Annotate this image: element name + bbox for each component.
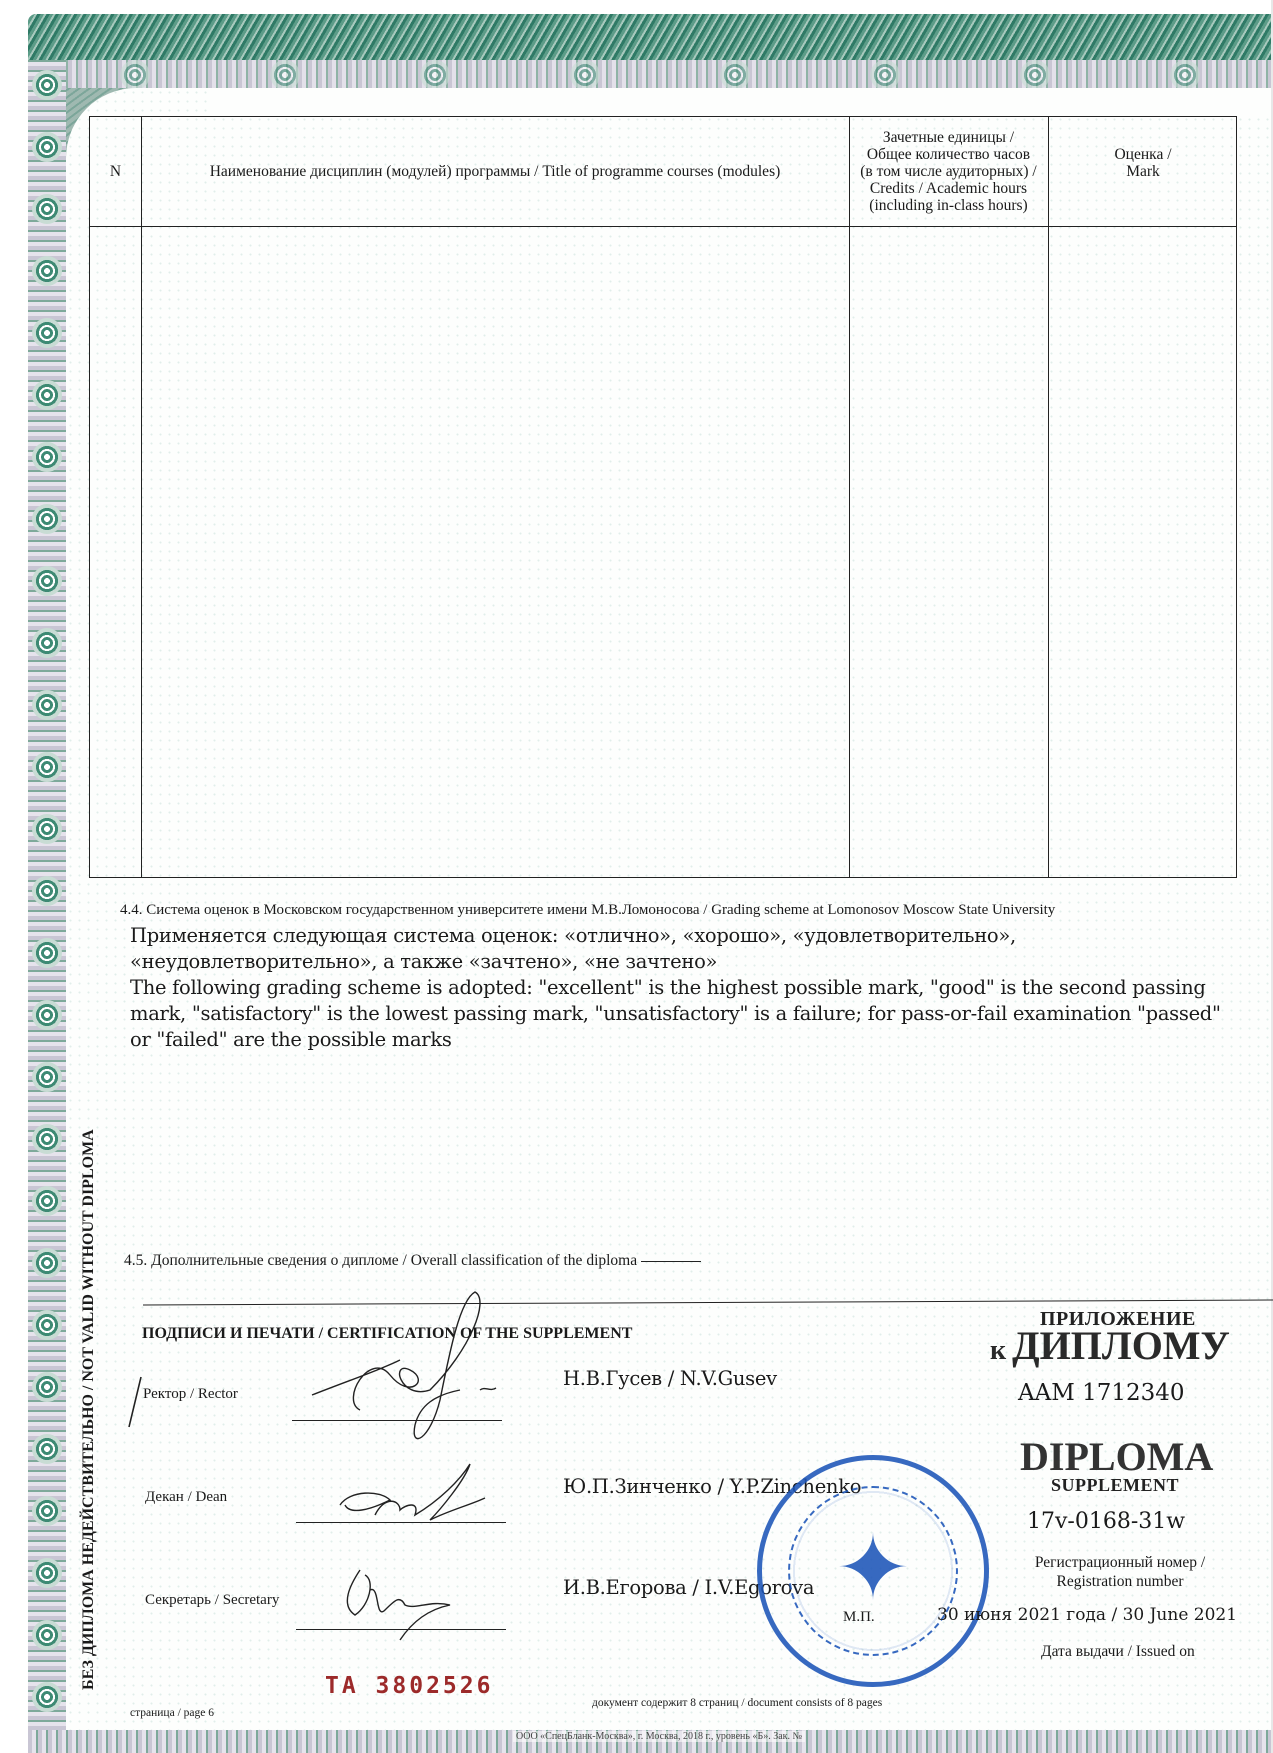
slash-mark: [125, 1375, 145, 1430]
overall-classification: 4.5. Дополнительные сведения о дипломе /…: [124, 1252, 701, 1270]
rosette-ornament: [32, 256, 62, 286]
rosette-ornament: [32, 1372, 62, 1402]
page-number: страница / page 6: [130, 1707, 214, 1719]
rosette-ornament: [32, 1062, 62, 1092]
rosette-ornament: [32, 380, 62, 410]
rosette-ornament: [1170, 60, 1200, 90]
rosette-ornament: [570, 60, 600, 90]
empty-value-dash: [641, 1261, 701, 1262]
rosette-ornament: [32, 1124, 62, 1154]
rosette-ornament: [720, 60, 750, 90]
rosette-ornament: [32, 194, 62, 224]
rosette-ornament: [32, 504, 62, 534]
printer-imprint: ООО «СпецБланк-Москва», г. Москва, 2018 …: [513, 1731, 805, 1742]
rosette-ornament: [420, 60, 450, 90]
rosette-ornament: [32, 132, 62, 162]
dean-signature: [330, 1460, 490, 1530]
registration-label: Регистрационный номер / Registration num…: [1030, 1553, 1210, 1591]
rosette-ornament: [32, 318, 62, 348]
rector-signature: [300, 1290, 500, 1450]
rosette-ornament: [32, 566, 62, 596]
not-valid-label: БЕЗ ДИПЛОМА НЕДЕЙСТВИТЕЛЬНО / NOT VALID …: [80, 1129, 98, 1690]
header-credits: Зачетные единицы / Общее количество часо…: [849, 117, 1048, 226]
rosette-ornament: [32, 1434, 62, 1464]
secretary-label: Секретарь / Secretary: [145, 1592, 279, 1609]
rosette-ornament: [32, 70, 62, 100]
registration-number: 17v-0168-31w: [1027, 1509, 1185, 1534]
supplement-title-ru-line2: кДИПЛОМУ: [990, 1322, 1230, 1369]
grading-scheme-text: Применяется следующая система оценок: «о…: [130, 923, 1230, 1053]
issue-date-label: Дата выдачи / Issued on: [1041, 1643, 1195, 1661]
overall-classification-label: 4.5. Дополнительные сведения о дипломе /…: [124, 1252, 637, 1269]
university-seal: ✦: [757, 1455, 989, 1687]
seal-place-label: М.П.: [843, 1609, 875, 1626]
rosette-ornament: [32, 628, 62, 658]
grading-scheme-heading: 4.4. Система оценок в Московском государ…: [120, 902, 1055, 919]
rosette-ornament: [32, 1186, 62, 1216]
rosette-ornament: [32, 1682, 62, 1712]
issue-date: 30 июня 2021 года / 30 June 2021: [937, 1605, 1237, 1625]
rector-label: Ректор / Rector: [143, 1386, 238, 1403]
security-border-top: [28, 14, 1273, 60]
rosette-ornament: [32, 442, 62, 472]
rosette-ornament: [32, 752, 62, 782]
rosette-ornament: [32, 1248, 62, 1278]
diploma-number: AAM 1712340: [1018, 1380, 1185, 1406]
header-mark: Оценка / Mark: [1048, 117, 1238, 226]
header-n: N: [90, 117, 141, 226]
supplement-subtitle-en: SUPPLEMENT: [1051, 1475, 1179, 1496]
rosette-ornament: [120, 60, 150, 90]
rosette-ornament: [32, 876, 62, 906]
secretary-signature: [330, 1565, 460, 1645]
document-page-count: документ содержит 8 страниц / document c…: [592, 1697, 882, 1709]
rosette-ornament: [1020, 60, 1050, 90]
rosette-ornament: [32, 1558, 62, 1588]
rosette-ornament: [270, 60, 300, 90]
dean-label: Декан / Dean: [145, 1489, 227, 1506]
courses-table: N Наименование дисциплин (модулей) прогр…: [89, 116, 1237, 878]
rosette-ornament: [32, 1310, 62, 1340]
rosette-ornament: [32, 814, 62, 844]
grading-text-en: The following grading scheme is adopted:…: [130, 975, 1230, 1053]
blank-serial-number: ТА 3802526: [325, 1673, 493, 1699]
supplement-title-en: DIPLOMA: [1020, 1433, 1213, 1480]
rosette-ornament: [32, 1000, 62, 1030]
rosette-ornament: [32, 690, 62, 720]
rector-name: Н.В.Гусев / N.V.Gusev: [563, 1367, 777, 1390]
rosette-ornament: [32, 938, 62, 968]
rosette-ornament: [32, 1620, 62, 1650]
grading-text-ru: Применяется следующая система оценок: «о…: [130, 923, 1230, 975]
rosette-ornament: [870, 60, 900, 90]
rosette-ornament: [32, 1496, 62, 1526]
security-border-band: [28, 60, 1273, 88]
header-course-title: Наименование дисциплин (модулей) програм…: [141, 117, 849, 226]
